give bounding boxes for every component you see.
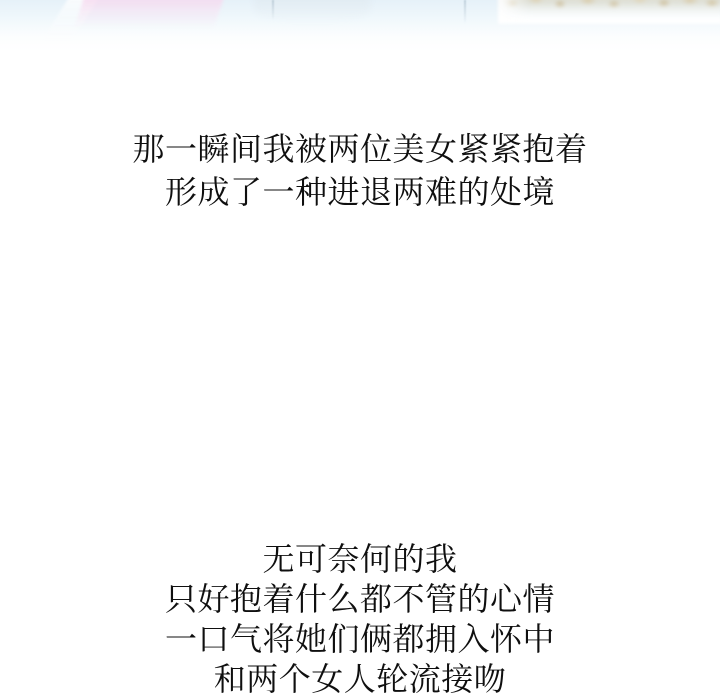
pink-ribbon-shape bbox=[74, 0, 226, 28]
panel-edge-line-left bbox=[272, 0, 274, 20]
narration-line: 和两个女人轮流接吻 bbox=[0, 659, 720, 699]
webtoon-page: 那一瞬间我被两位美女紧紧抱着 形成了一种进退两难的处境 无可奈何的我 只好抱着什… bbox=[0, 0, 720, 700]
narration-block-bottom: 无可奈何的我 只好抱着什么都不管的心情 一口气将她们俩都拥入怀中 和两个女人轮流… bbox=[0, 539, 720, 699]
narration-block-top: 那一瞬间我被两位美女紧紧抱着 形成了一种进退两难的处境 bbox=[0, 128, 720, 214]
faded-panel-artwork bbox=[0, 0, 720, 52]
narration-line: 那一瞬间我被两位美女紧紧抱着 bbox=[0, 128, 720, 171]
narration-line: 形成了一种进退两难的处境 bbox=[0, 171, 720, 214]
narration-line: 无可奈何的我 bbox=[0, 539, 720, 579]
narration-line: 只好抱着什么都不管的心情 bbox=[0, 579, 720, 619]
panel-edge-line-right bbox=[464, 0, 466, 24]
narration-line: 一口气将她们俩都拥入怀中 bbox=[0, 619, 720, 659]
hair-texture bbox=[498, 0, 720, 24]
